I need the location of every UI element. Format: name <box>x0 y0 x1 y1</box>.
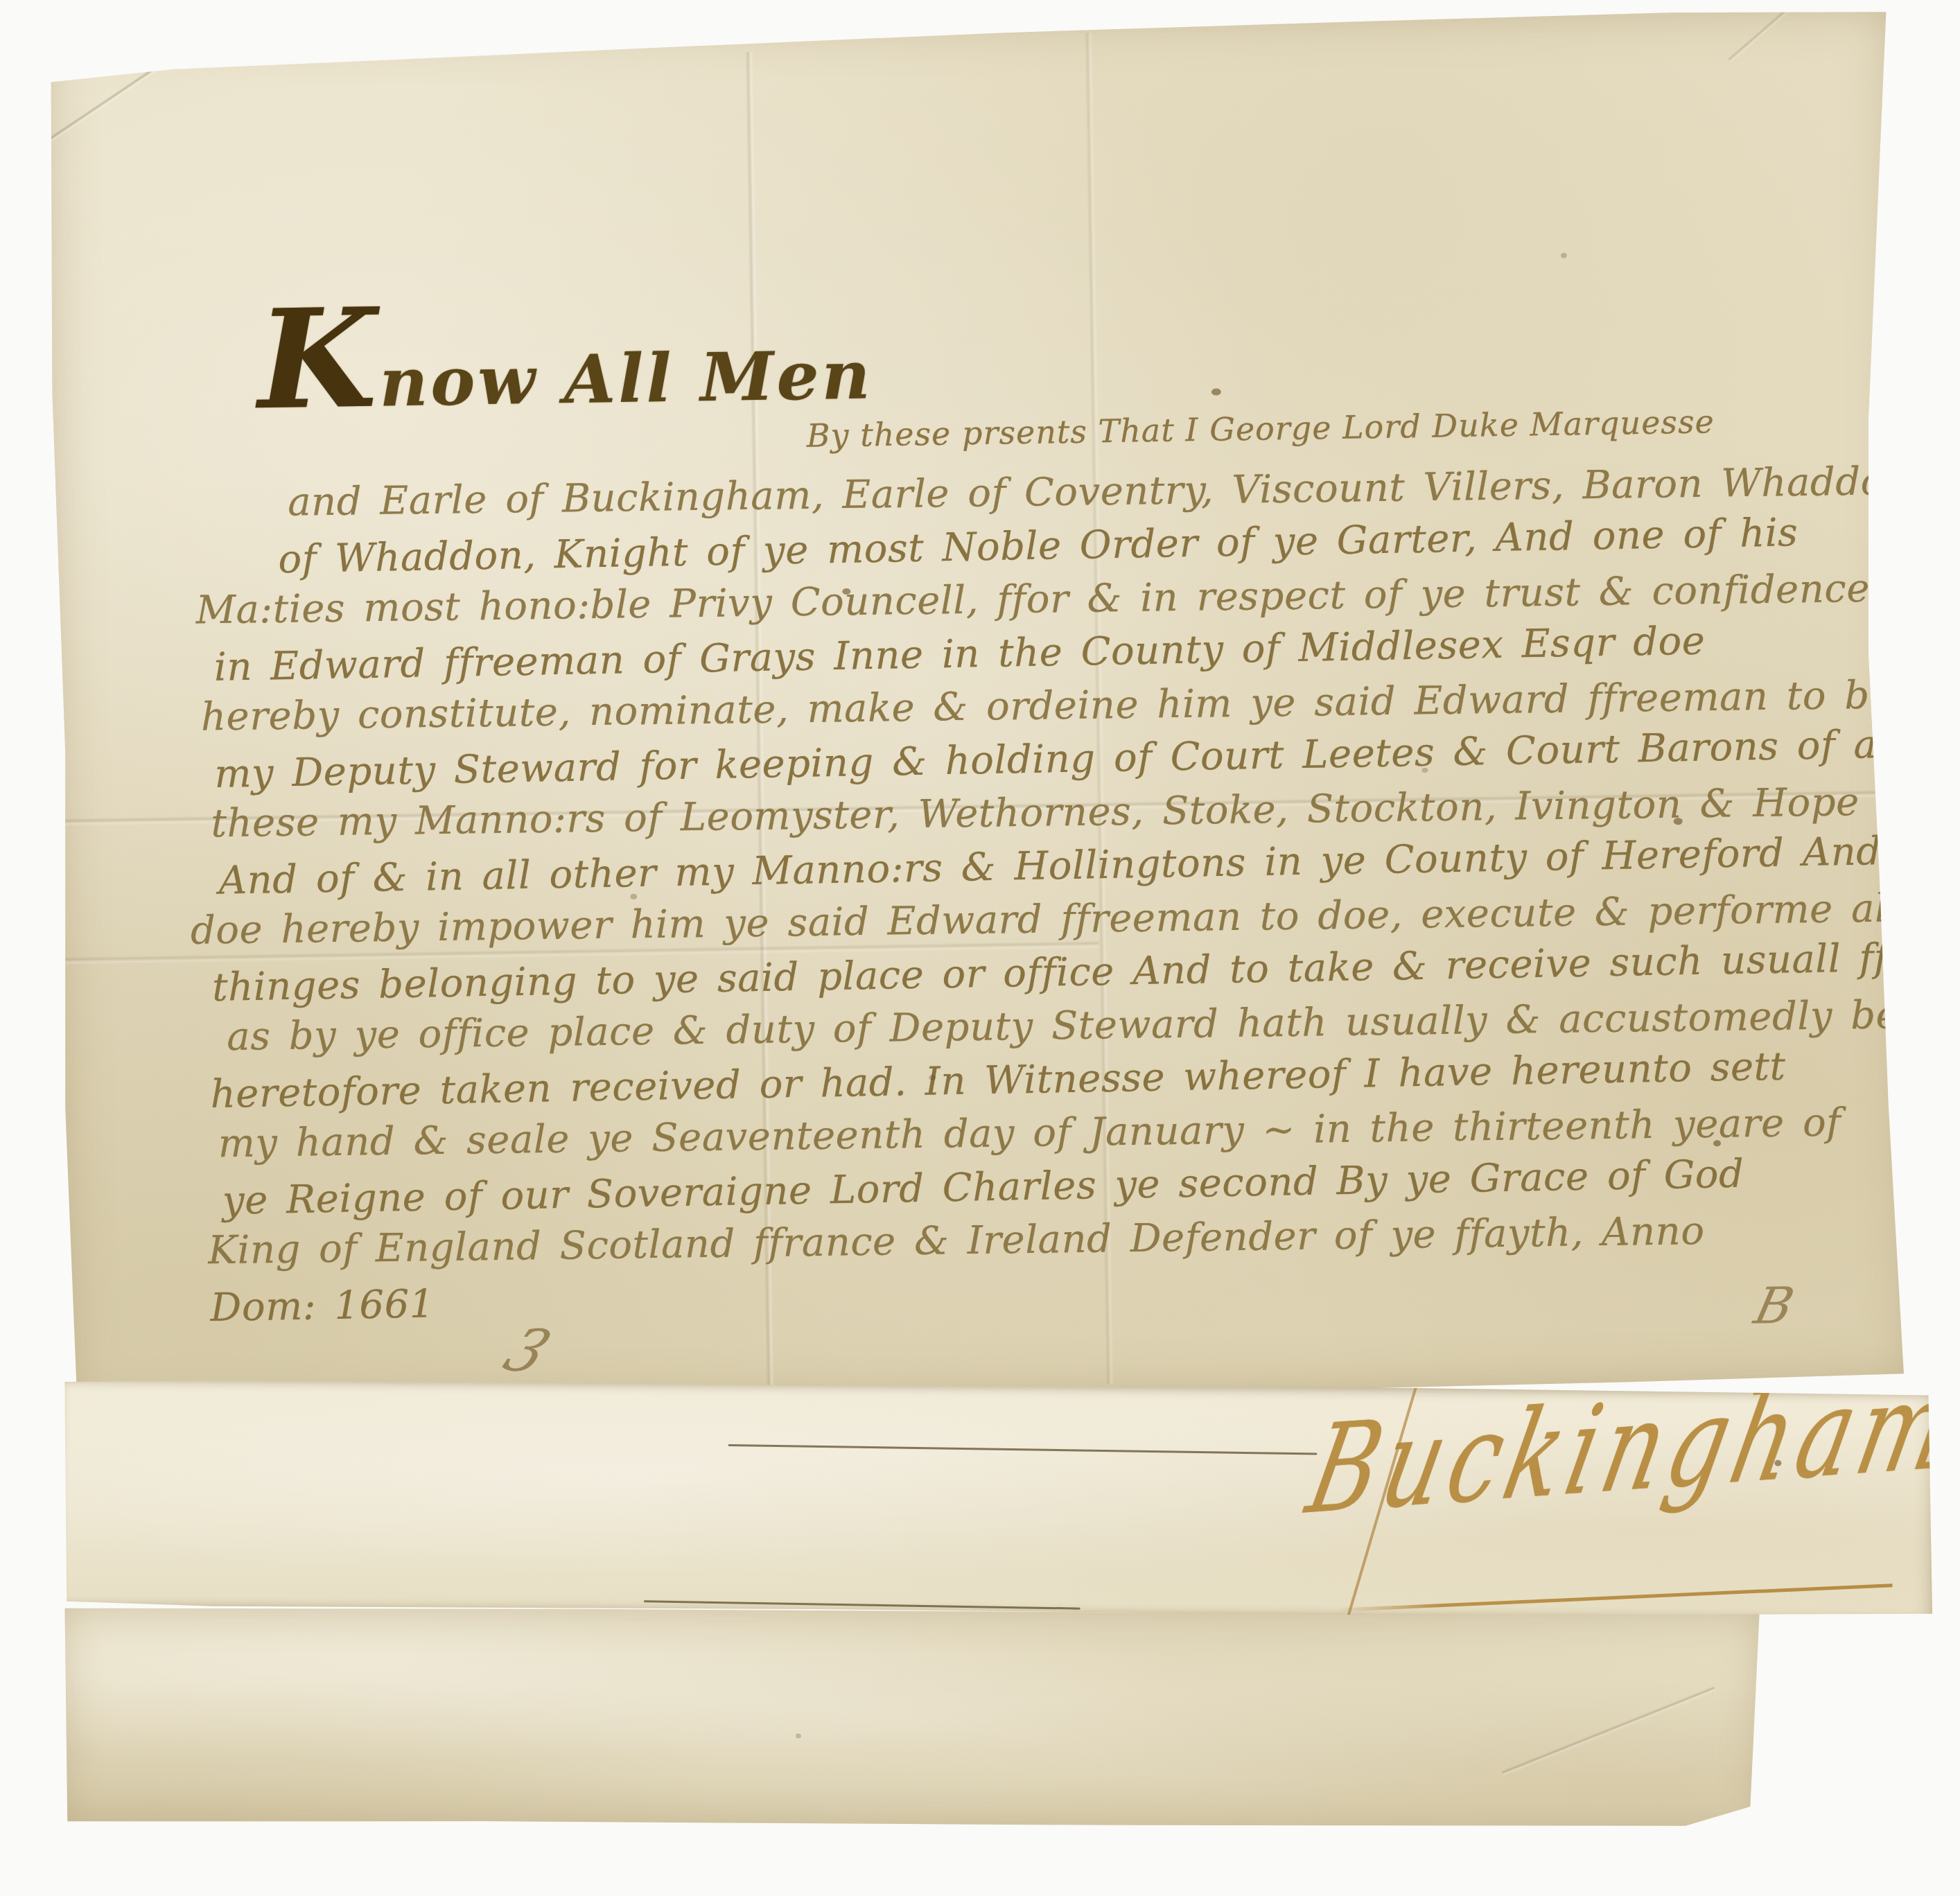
seal-tag-slit <box>728 1444 1318 1455</box>
ink-speck <box>1774 1460 1781 1466</box>
parchment-main-sheet: Know All Men By these prsents That I Geo… <box>45 6 1914 1411</box>
ink-speck <box>796 1733 801 1738</box>
corner-fold-crease <box>1727 0 1862 63</box>
opening-words: Know All Men <box>257 313 873 423</box>
signature-underline-flourish <box>1338 1583 1892 1612</box>
scanned-parchment-deed: Know All Men By these prsents That I Geo… <box>0 0 1960 1896</box>
ink-speck <box>1211 388 1221 395</box>
opening-line-continuation: By these prsents That I George Lord Duke… <box>806 403 1715 455</box>
corner-fold-crease <box>44 0 301 145</box>
parchment-lower-sheet <box>60 1606 1762 1829</box>
seal-tag-slit <box>644 1600 1080 1609</box>
manuscript-body-text: and Earle of Buckingham, Earle of Covent… <box>204 453 1909 1333</box>
parchment-plica-fold: Buckingham <box>63 1377 1936 1620</box>
corner-fold-crease <box>1501 1686 1716 1777</box>
ink-speck <box>1561 253 1567 258</box>
